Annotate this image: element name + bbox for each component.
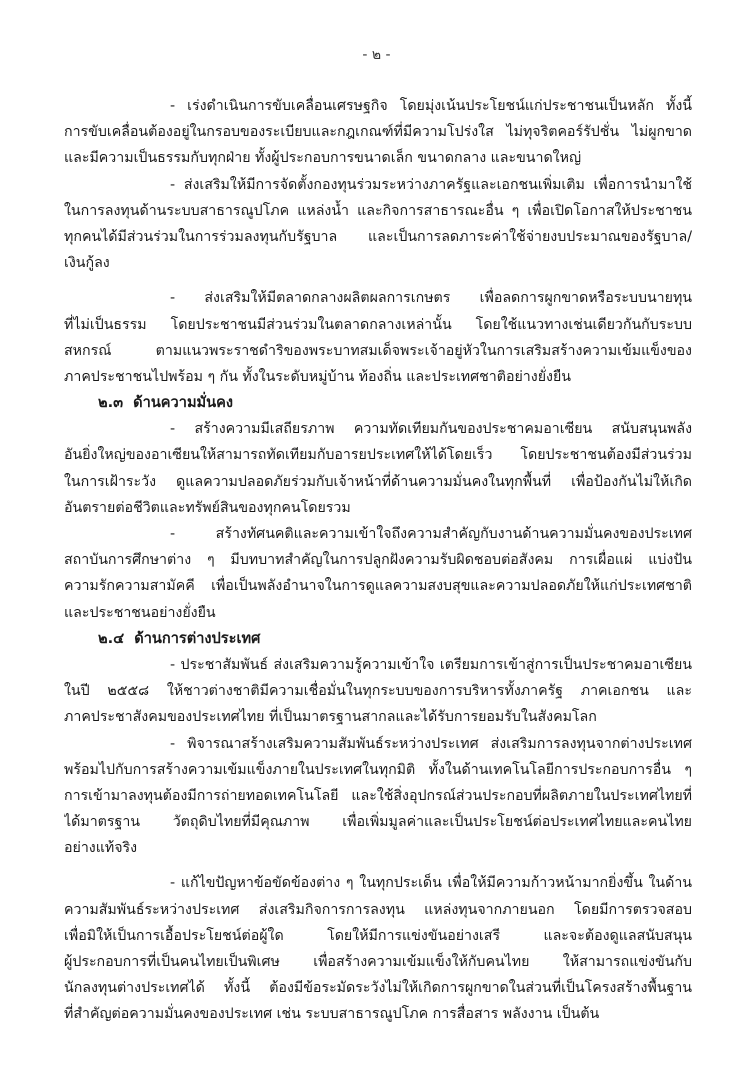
text-line: ในการลงทุนด้านระบบสาธารณูปโภค แหล่งน้ำ แ… (64, 198, 692, 224)
text-line: การขับเคลื่อนต้องอยู่ในกรอบของระเบียบและ… (64, 119, 692, 145)
text-line: และมีความเป็นธรรมกับทุกฝ่าย ทั้งผู้ประกอ… (64, 145, 692, 171)
text-line: ที่ไม่เป็นธรรม โดยประชาชนมีส่วนร่วมในตลา… (64, 312, 692, 338)
text-line: ได้มาตรฐาน วัตถุดิบไทยที่มีคุณภาพ เพื่อเ… (64, 809, 692, 835)
text-line: - สร้างทัศนคติและความเข้าใจถึงความสำคัญก… (64, 521, 692, 547)
text-line: - ส่งเสริมให้มีการจัดตั้งกองทุนร่วมระหว่… (64, 172, 692, 198)
text-line: - สร้างความมีเสถียรภาพ ความทัดเทียมกันขอ… (64, 416, 692, 442)
text-line: ภาคประชาชนไปพร้อม ๆ กัน ทั้งในระดับหมู่บ… (64, 364, 692, 390)
section-number: ๒.๔ (98, 626, 124, 652)
page-number: - ๒ - (0, 44, 753, 66)
text-line: ที่สำคัญต่อความมั่นคงของประเทศ เช่น ระบบ… (64, 1001, 692, 1027)
paragraph-foreign-investment: - พิจารณาสร้างเสริมความสัมพันธ์ระหว่างปร… (64, 731, 692, 862)
text-line: - ส่งเสริมให้มีตลาดกลางผลิตผลการเกษตร เพ… (64, 285, 692, 311)
paragraph-agri-market: - ส่งเสริมให้มีตลาดกลางผลิตผลการเกษตร เพ… (64, 285, 692, 390)
text-line: ผู้ประกอบการที่เป็นคนไทยเป็นพิเศษ เพื่อส… (64, 949, 692, 975)
section-title: ด้านการต่างประเทศ (134, 630, 260, 647)
text-line: สถาบันการศึกษาต่าง ๆ มีบทบาทสำคัญในการปล… (64, 547, 692, 573)
text-line: อันยิ่งใหญ่ของอาเซียนให้สามารถทัดเทียมกั… (64, 442, 692, 468)
section-heading-foreign-affairs: ๒.๔ด้านการต่างประเทศ (64, 626, 692, 652)
paragraph-joint-fund: - ส่งเสริมให้มีการจัดตั้งกองทุนร่วมระหว่… (64, 172, 692, 277)
document-body: - เร่งดำเนินการขับเคลื่อนเศรษฐกิจ โดยมุ่… (64, 93, 692, 1028)
text-line: - พิจารณาสร้างเสริมความสัมพันธ์ระหว่างปร… (64, 731, 692, 757)
text-line: ความรักความสามัคคี เพื่อเป็นพลังอำนาจในก… (64, 573, 692, 599)
text-line: อย่างแท้จริง (64, 835, 692, 861)
paragraph-economy-drive: - เร่งดำเนินการขับเคลื่อนเศรษฐกิจ โดยมุ่… (64, 93, 692, 172)
text-line: ความสัมพันธ์ระหว่างประเทศ ส่งเสริมกิจการ… (64, 897, 692, 923)
paragraph-security-attitude: - สร้างทัศนคติและความเข้าใจถึงความสำคัญก… (64, 521, 692, 626)
text-line: อันตรายต่อชีวิตและทรัพย์สินของทุกคนโดยรว… (64, 495, 692, 521)
text-line: - แก้ไขปัญหาข้อขัดข้องต่าง ๆ ในทุกประเด็… (64, 870, 692, 896)
text-line: เพื่อมิให้เป็นการเอื้อประโยชน์ต่อผู้ใด โ… (64, 923, 692, 949)
section-heading-security: ๒.๓ด้านความมั่นคง (64, 390, 692, 416)
section-number: ๒.๓ (98, 390, 123, 416)
text-line: การเข้ามาลงทุนต้องมีการถ่ายทอดเทคโนโลยี … (64, 783, 692, 809)
text-line: พร้อมไปกับการสร้างความเข้มแข็งภายในประเท… (64, 757, 692, 783)
text-line: ในการเฝ้าระวัง ดูแลความปลอดภัยร่วมกับเจ้… (64, 469, 692, 495)
paragraph-asean-stability: - สร้างความมีเสถียรภาพ ความทัดเทียมกันขอ… (64, 416, 692, 521)
text-line: ในปี ๒๕๕๘ ให้ชาวต่างชาติมีความเชื่อมั่นใ… (64, 678, 692, 704)
text-line: - ประชาสัมพันธ์ ส่งเสริมความรู้ความเข้าใ… (64, 652, 692, 678)
paragraph-problem-solving: - แก้ไขปัญหาข้อขัดข้องต่าง ๆ ในทุกประเด็… (64, 870, 692, 1027)
section-title: ด้านความมั่นคง (133, 394, 233, 411)
text-line: สหกรณ์ ตามแนวพระราชดำริของพระบาทสมเด็จพร… (64, 338, 692, 364)
text-line: ภาคประชาสังคมของประเทศไทย ที่เป็นมาตรฐาน… (64, 704, 692, 730)
text-line: เงินกู้ลง (64, 250, 692, 276)
text-line: ทุกคนได้มีส่วนร่วมในการร่วมลงทุนกับรัฐบา… (64, 224, 692, 250)
text-line: - เร่งดำเนินการขับเคลื่อนเศรษฐกิจ โดยมุ่… (64, 93, 692, 119)
text-line: นักลงทุนต่างประเทศได้ ทั้งนี้ ต้องมีข้อร… (64, 975, 692, 1001)
paragraph-asean-pr: - ประชาสัมพันธ์ ส่งเสริมความรู้ความเข้าใ… (64, 652, 692, 731)
text-line: และประชาชนอย่างยั่งยืน (64, 600, 692, 626)
